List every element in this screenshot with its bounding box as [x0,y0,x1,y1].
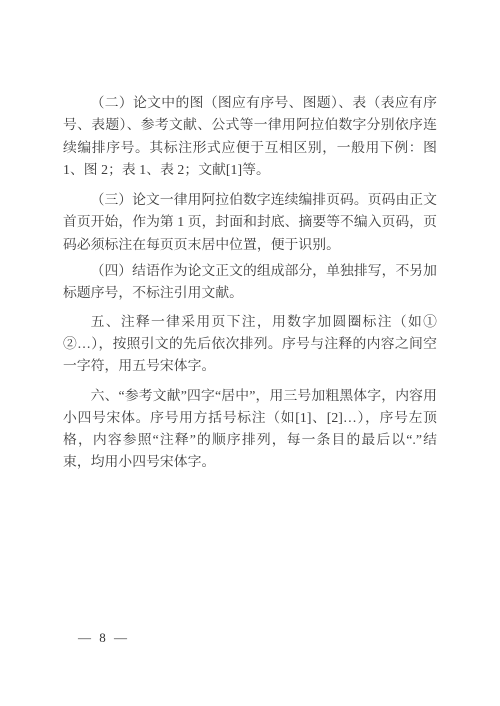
document-page: （二）论文中的图（图应有序号、图题）、表（表应有序号、表题）、参考文献、公式等一… [0,0,500,706]
paragraph-item-5: 五、注释一律采用页下注，用数字加圆圈标注（如① ②…），按照引文的先后依次排列。… [63,311,437,378]
paragraph-item-6: 六、“参考文献”四字“居中”，用三号加粗黑体字，内容用小四号宋体。序号用方括号标… [63,385,437,474]
paragraph-item-3: （三）论文一律用阿拉伯数字连续编排页码。页码由正文首页开始，作为第 1 页，封面… [63,189,437,256]
paragraph-item-2: （二）论文中的图（图应有序号、图题）、表（表应有序号、表题）、参考文献、公式等一… [63,92,437,181]
page-number: — 8 — [78,630,128,645]
paragraph-item-4: （四）结语作为论文正文的组成部分，单独排写，不另加标题序号，不标注引用文献。 [63,260,437,305]
document-body-text: （二）论文中的图（图应有序号、图题）、表（表应有序号、表题）、参考文献、公式等一… [63,92,437,474]
